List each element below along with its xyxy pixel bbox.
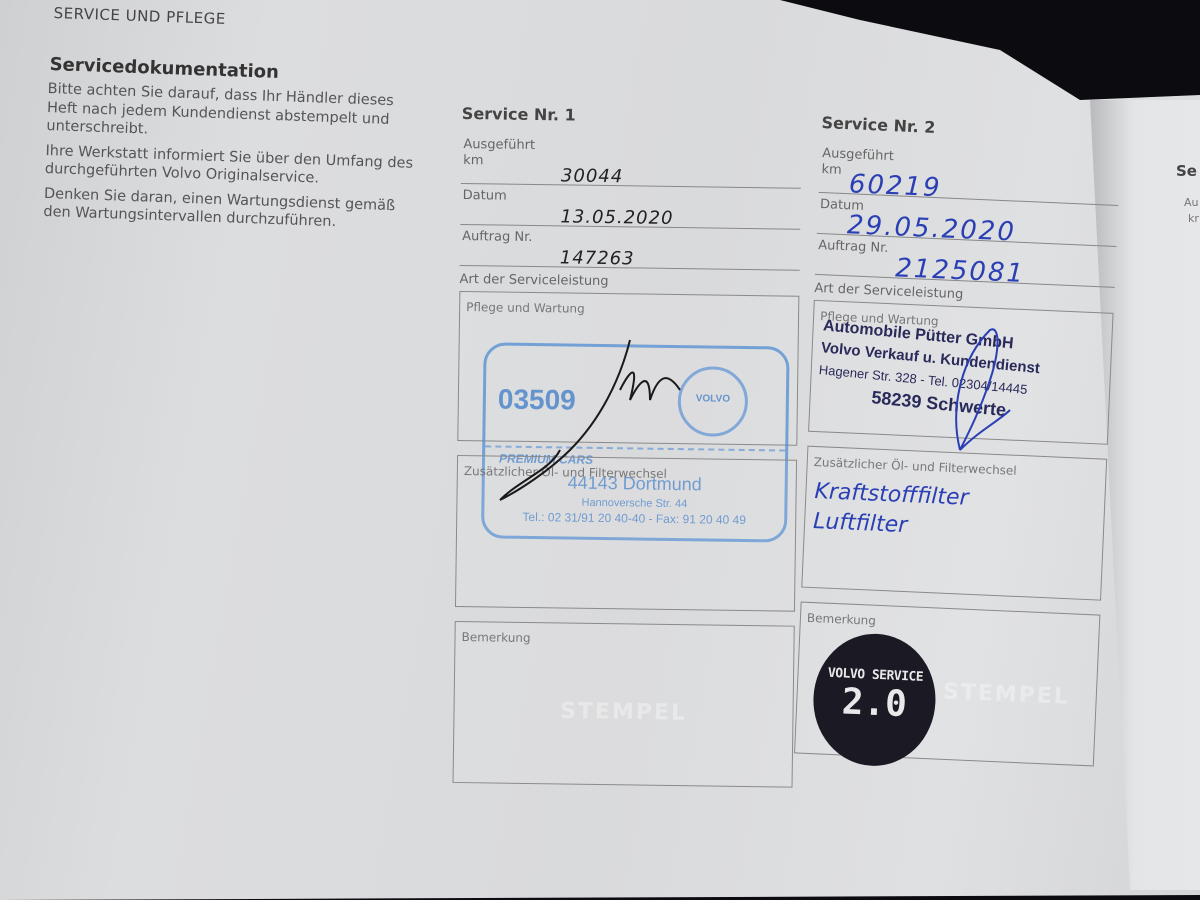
date-label: Datum [463,188,507,205]
box-label: Zusätzlicher Öl- und Filterwechsel [813,455,1017,478]
box-label: Pflege und Wartung [466,300,585,316]
km-field: Ausgeführtkm 30044 [461,137,802,189]
km-label: Ausgeführtkm [463,137,535,170]
care-maintenance-box: Pflege und Wartung Automobile Pütter Gmb… [808,300,1113,445]
extra-work-notes: Kraftstofffilter Luftfilter [812,477,969,544]
service-record-2: Service Nr. 2 Ausgeführtkm 60219 Datum 2… [793,113,1121,780]
intro-paragraph: Ihre Werkstatt informiert Sie über den U… [45,141,426,191]
dealer-stamp: Automobile Pütter GmbH Volvo Verkauf u. … [816,315,1043,424]
service-type-label: Art der Serviceleistung [459,272,799,292]
intro-paragraph: Denken Sie daran, einen Wartungsdienst g… [43,184,424,234]
km-value: 30044 [561,165,624,187]
extra-oil-filter-box: Zusätzlicher Öl- und Filterwechsel [455,455,797,612]
next-page-label: kr [1188,212,1199,225]
next-page-title: Se [1176,162,1197,180]
order-field: Auftrag Nr. 2125081 [815,238,1116,288]
intro-paragraph: Bitte achten Sie darauf, dass Ihr Händle… [46,80,428,149]
next-page-label: Au [1184,196,1199,209]
order-field: Auftrag Nr. 147263 [460,229,800,271]
intro-text: Bitte achten Sie darauf, dass Ihr Händle… [43,80,428,241]
date-value: 13.05.2020 [560,206,673,229]
dealer-code: 03509 [498,384,576,417]
order-value: 147263 [560,247,635,269]
extra-oil-filter-box: Zusätzlicher Öl- und Filterwechsel Kraft… [801,446,1107,601]
order-value: 2125081 [895,253,1026,289]
stamp-watermark: STEMPEL [942,679,1070,710]
remarks-box: Bemerkung STEMPEL [453,621,795,788]
order-label: Auftrag Nr. [818,238,889,257]
service-record-1: Service Nr. 1 Ausgeführtkm 30044 Datum 1… [452,104,802,802]
box-label: Bemerkung [461,630,530,645]
stamp-watermark: STEMPEL [560,699,687,726]
remarks-box: Bemerkung STEMPEL VOLVO SERVICE 2.0 [794,602,1100,767]
km-field: Ausgeführtkm 60219 [819,146,1121,206]
volvo-logo-icon: VOLVO [677,366,748,437]
stamp-divider [485,445,785,451]
volvo-service-badge: VOLVO SERVICE 2.0 [811,631,939,768]
box-label: Zusätzlicher Öl- und Filterwechsel [464,464,667,481]
badge-line2: 2.0 [812,680,936,727]
date-field: Datum 13.05.2020 [460,188,800,230]
box-label: Bemerkung [807,611,877,628]
care-maintenance-box: Pflege und Wartung 03509 VOLVO PREMIUM C… [457,291,799,446]
order-label: Auftrag Nr. [462,229,532,246]
service-title: Service Nr. 1 [462,104,802,128]
